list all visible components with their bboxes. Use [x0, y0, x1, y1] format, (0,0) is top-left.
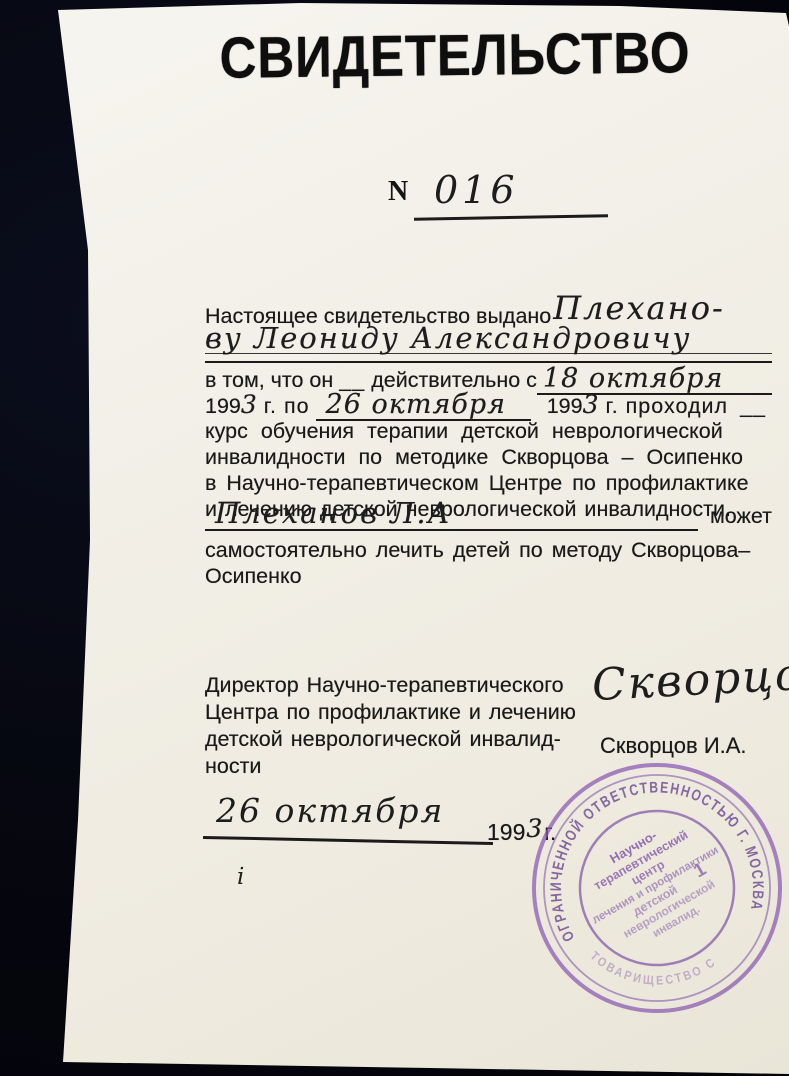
year1-handwritten-digit: 3 [241, 392, 258, 418]
authorization-line: Плеханов Л.А может [205, 500, 772, 531]
number-value-handwritten: 016 [434, 168, 519, 212]
stray-pen-mark: i [237, 864, 245, 890]
number-label: N [388, 176, 408, 208]
year2-handwritten-digit: 3 [583, 392, 600, 418]
paragraph-line-2: инвалидности по методике Скворцова – Оси… [205, 444, 772, 470]
start-date-underline: 18 октября [537, 366, 772, 395]
tail-line-1: самостоятельно лечить детей по методу Ск… [205, 537, 772, 563]
authorized-name-underline: Плеханов Л.А [205, 500, 698, 531]
period-printed-b: г. проходил [606, 393, 729, 419]
name-line: ву Леониду Александровичу [205, 327, 772, 363]
official-stamp: ОГРАНИЧЕННОЙ ОТВЕТСТВЕННОСТЬЮ Г. МОСКВА … [517, 748, 789, 1028]
end-date-handwritten: 26 октября [326, 389, 506, 420]
period-printed-a: г. по [264, 393, 310, 419]
issue-date-handwritten: 26 октября [216, 791, 444, 830]
end-date-underline: 26 октября [316, 392, 531, 421]
director-signature-handwritten: Скворцов [591, 650, 788, 711]
issue-date-underline [203, 836, 493, 845]
certificate-title: СВИДЕТЕЛЬСТВО [164, 19, 745, 93]
director-line-2: Центра по профилактике и лечению [205, 699, 650, 726]
name-handwritten: ву Леониду Александровичу [205, 321, 691, 355]
paragraph-line-3: в Научно-терапевтическом Центре по профи… [205, 470, 772, 496]
start-date-handwritten: 18 октября [543, 363, 723, 394]
issued-handwritten-surname: Плехано- [553, 295, 725, 321]
blank-gap-end: __ [740, 393, 766, 419]
authorized-name-handwritten: Плеханов Л.А [215, 496, 452, 530]
photo-background: СВИДЕТЕЛЬСТВО N 016 Настоящее свидетельс… [0, 0, 789, 1076]
director-line-1: Директор Научно-терапевтического [205, 672, 650, 699]
year1-printed: 199 [205, 393, 241, 419]
year2-printed: 199 [547, 393, 583, 419]
validity-printed-a: в том, что он [205, 367, 333, 393]
number-underline [414, 214, 608, 220]
certificate-paper: СВИДЕТЕЛЬСТВО N 016 Настоящее свидетельс… [0, 0, 789, 1076]
period-line: 199 3 г. по 26 октября 199 3 г. проходил… [205, 392, 772, 421]
tail-line-2: Осипенко [205, 563, 772, 589]
paragraph-line-1: курс обучения терапии детской неврологич… [205, 418, 772, 444]
authorization-printed: может [710, 503, 772, 529]
